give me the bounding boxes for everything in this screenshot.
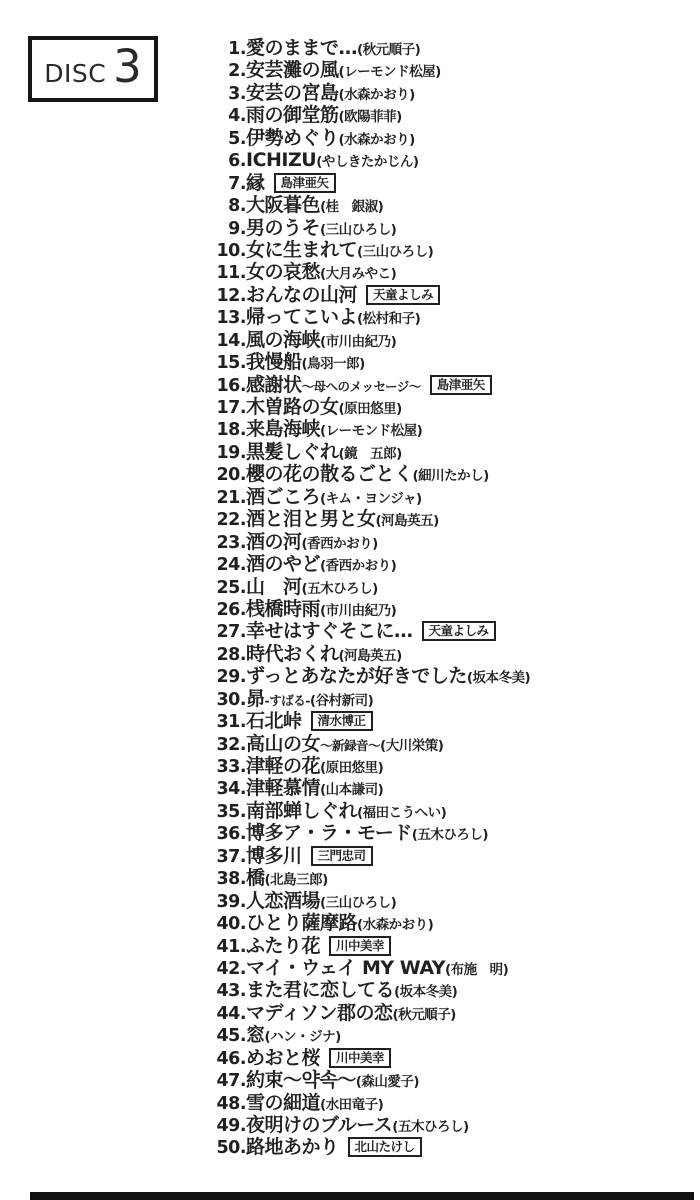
track-artist: (水森かおり)	[339, 87, 415, 103]
track-title: 路地あかり	[246, 1136, 339, 1158]
track-number: 26.	[203, 599, 246, 621]
track-row: 39.人恋酒場(三山ひろし)	[203, 890, 530, 912]
track-artist-box: 清水博正	[311, 711, 373, 731]
track-row: 22.酒と泪と男と女(河島英五)	[203, 508, 530, 530]
track-number: 2.	[203, 60, 246, 82]
track-artist: (秋元順子)	[392, 1007, 455, 1023]
track-row: 7.縁島津亜矢	[203, 172, 530, 194]
track-artist-box: 三門忠司	[311, 846, 373, 866]
track-number: 33.	[203, 756, 246, 778]
track-row: 15.我慢船(鳥羽一郎)	[203, 351, 530, 373]
track-number: 5.	[203, 128, 246, 150]
track-row: 13.帰ってこいよ(松村和子)	[203, 306, 530, 328]
track-number: 24.	[203, 554, 246, 576]
track-row: 1.愛のままで…(秋元順子)	[203, 37, 530, 59]
disc-number: 3	[113, 49, 142, 86]
track-row: 33.津軽の花(原田悠里)	[203, 755, 530, 777]
track-artist-box: 川中美幸	[329, 1048, 391, 1068]
track-number: 48.	[203, 1093, 246, 1115]
track-row: 9.男のうそ(三山ひろし)	[203, 217, 530, 239]
track-artist: (山本謙司)	[320, 782, 383, 798]
track-artist: (坂本冬美)	[467, 670, 530, 686]
track-row: 48.雪の細道(水田竜子)	[203, 1092, 530, 1114]
track-number: 15.	[203, 352, 246, 374]
track-title: 木曽路の女	[246, 396, 339, 418]
track-number: 36.	[203, 823, 246, 845]
track-row: 45.窓(ハン・ジナ)	[203, 1024, 530, 1046]
track-row: 28.時代おくれ(河島英五)	[203, 643, 530, 665]
track-title: ふたり花	[246, 935, 320, 957]
track-number: 1.	[203, 38, 246, 60]
track-number: 35.	[203, 801, 246, 823]
track-number: 7.	[203, 173, 246, 195]
disc-badge: DISC 3	[28, 36, 158, 102]
track-row: 11.女の哀愁(大月みやこ)	[203, 261, 530, 283]
track-title: 桟橋時雨	[246, 598, 320, 620]
track-number: 31.	[203, 711, 246, 733]
track-title: また君に恋してる	[246, 979, 394, 1001]
track-number: 40.	[203, 913, 246, 935]
track-number: 11.	[203, 262, 246, 284]
track-title: 雪の細道	[246, 1092, 320, 1114]
track-number: 3.	[203, 83, 246, 105]
track-title: 雨の御堂筋	[246, 104, 339, 126]
track-title: 石北峠	[246, 710, 302, 732]
track-row: 35.南部蝉しぐれ(福田こうへい)	[203, 800, 530, 822]
track-row: 14.風の海峡(市川由紀乃)	[203, 329, 530, 351]
track-artist-box: 天童よしみ	[422, 621, 496, 641]
track-number: 46.	[203, 1048, 246, 1070]
bottom-divider-bar	[30, 1192, 694, 1200]
track-title: 黒髪しぐれ	[246, 441, 339, 463]
track-artist-box: 島津亜矢	[430, 375, 492, 395]
track-title: 博多ア・ラ・モード	[246, 822, 412, 844]
track-number: 22.	[203, 509, 246, 531]
track-artist: (原田悠里)	[320, 760, 383, 776]
track-title: ICHIZU	[246, 149, 316, 171]
track-number: 41.	[203, 936, 246, 958]
track-title: 男のうそ	[246, 217, 320, 239]
track-row: 26.桟橋時雨(市川由紀乃)	[203, 598, 530, 620]
track-title: 酒ごころ	[246, 486, 320, 508]
track-artist: (ハン・ジナ)	[265, 1029, 341, 1045]
track-row: 40.ひとり薩摩路(水森かおり)	[203, 912, 530, 934]
track-subtitle: ～母へのメッセージ～	[302, 379, 421, 394]
track-number: 38.	[203, 868, 246, 890]
track-number: 8.	[203, 195, 246, 217]
track-list: 1.愛のままで…(秋元順子)2.安芸灘の風(レーモンド松屋)3.安芸の宮島(水森…	[203, 37, 530, 1159]
track-title: 時代おくれ	[246, 643, 339, 665]
track-title: 安芸灘の風	[246, 59, 339, 81]
track-number: 12.	[203, 285, 246, 307]
track-title: 女に生まれて	[246, 239, 357, 261]
track-row: 16.感謝状～母へのメッセージ～島津亜矢	[203, 374, 530, 396]
track-title: 窓	[246, 1024, 265, 1046]
track-title: 感謝状	[246, 374, 302, 396]
track-number: 44.	[203, 1003, 246, 1025]
track-artist: (河島英五)	[376, 513, 439, 529]
track-number: 42.	[203, 958, 246, 980]
track-artist: (河島英五)	[339, 648, 402, 664]
track-row: 5.伊勢めぐり(水森かおり)	[203, 127, 530, 149]
track-number: 20.	[203, 464, 246, 486]
track-artist-box: 北山たけし	[348, 1137, 422, 1157]
track-title: 帰ってこいよ	[246, 306, 357, 328]
track-row: 19.黒髪しぐれ(鏡 五郎)	[203, 441, 530, 463]
cd-booklet-page: DISC 3 1.愛のままで…(秋元順子)2.安芸灘の風(レーモンド松屋)3.安…	[0, 0, 700, 1200]
track-number: 43.	[203, 980, 246, 1002]
track-artist: (欧陽菲菲)	[339, 109, 402, 125]
track-number: 27.	[203, 621, 246, 643]
track-artist: (水森かおり)	[339, 132, 415, 148]
track-number: 39.	[203, 891, 246, 913]
track-artist: (水森かおり)	[357, 917, 433, 933]
track-number: 10.	[203, 240, 246, 262]
track-row: 17.木曽路の女(原田悠里)	[203, 396, 530, 418]
track-artist: (細川たかし)	[413, 468, 489, 484]
track-row: 25.山 河(五木ひろし)	[203, 576, 530, 598]
track-artist: (原田悠里)	[339, 401, 402, 417]
track-row: 46.めおと桜川中美幸	[203, 1047, 530, 1069]
track-row: 8.大阪暮色(桂 銀淑)	[203, 194, 530, 216]
track-row: 27.幸せはすぐそこに…天童よしみ	[203, 620, 530, 642]
track-artist-box: 川中美幸	[329, 936, 391, 956]
track-title: 幸せはすぐそこに…	[246, 620, 413, 642]
track-row: 44.マディソン郡の恋(秋元順子)	[203, 1002, 530, 1024]
track-row: 20.櫻の花の散るごとく(細川たかし)	[203, 463, 530, 485]
track-artist: (市川由紀乃)	[320, 334, 396, 350]
track-row: 21.酒ごころ(キム・ヨンジャ)	[203, 486, 530, 508]
track-artist: (福田こうへい)	[357, 805, 446, 821]
track-number: 45.	[203, 1025, 246, 1047]
track-title: 津軽の花	[246, 755, 320, 777]
track-row: 24.酒のやど(香西かおり)	[203, 553, 530, 575]
track-number: 23.	[203, 532, 246, 554]
track-subtitle: -すばる-	[265, 693, 310, 708]
track-artist: (レーモンド松屋)	[339, 64, 441, 80]
track-artist: (坂本冬美)	[394, 984, 457, 1000]
track-title: 伊勢めぐり	[246, 127, 339, 149]
track-number: 30.	[203, 689, 246, 711]
track-row: 36.博多ア・ラ・モード(五木ひろし)	[203, 822, 530, 844]
track-title: 酒の河	[246, 531, 302, 553]
track-title: マイ・ウェイ MY WAY	[246, 957, 445, 979]
track-subtitle: ～新録音～	[320, 738, 380, 753]
track-artist: (大月みやこ)	[320, 266, 396, 282]
track-number: 34.	[203, 778, 246, 800]
track-number: 29.	[203, 666, 246, 688]
track-title: 橋	[246, 867, 265, 889]
track-row: 3.安芸の宮島(水森かおり)	[203, 82, 530, 104]
track-artist: (五木ひろし)	[392, 1119, 468, 1135]
track-title: 酒のやど	[246, 553, 320, 575]
track-number: 9.	[203, 218, 246, 240]
track-row: 10.女に生まれて(三山ひろし)	[203, 239, 530, 261]
track-title: 約束～약속～	[246, 1069, 356, 1091]
track-number: 32.	[203, 734, 246, 756]
track-row: 43.また君に恋してる(坂本冬美)	[203, 979, 530, 1001]
track-title: 来島海峡	[246, 418, 320, 440]
track-title: 高山の女	[246, 733, 320, 755]
track-artist: (鳥羽一郎)	[302, 356, 365, 372]
track-artist: (三山ひろし)	[320, 895, 396, 911]
track-row: 47.約束～약속～(森山愛子)	[203, 1069, 530, 1091]
track-number: 49.	[203, 1115, 246, 1137]
track-artist: (市川由紀乃)	[320, 603, 396, 619]
track-title: 大阪暮色	[246, 194, 320, 216]
track-row: 49.夜明けのブルース(五木ひろし)	[203, 1114, 530, 1136]
track-row: 41.ふたり花川中美幸	[203, 935, 530, 957]
track-row: 4.雨の御堂筋(欧陽菲菲)	[203, 104, 530, 126]
track-row: 32.高山の女～新録音～(大川栄策)	[203, 733, 530, 755]
track-title: 我慢船	[246, 351, 302, 373]
track-artist: (五木ひろし)	[302, 581, 378, 597]
track-row: 29.ずっとあなたが好きでした(坂本冬美)	[203, 665, 530, 687]
track-number: 6.	[203, 150, 246, 172]
track-row: 42.マイ・ウェイ MY WAY(布施 明)	[203, 957, 530, 979]
track-artist: (北島三郎)	[265, 872, 328, 888]
track-number: 14.	[203, 330, 246, 352]
track-title: めおと桜	[246, 1047, 320, 1069]
track-title: 酒と泪と男と女	[246, 508, 376, 530]
track-number: 21.	[203, 487, 246, 509]
track-row: 30.昴-すばる-(谷村新司)	[203, 688, 530, 710]
track-artist: (やしきたかじん)	[316, 154, 418, 170]
disc-label: DISC	[44, 61, 106, 86]
track-artist: (三山ひろし)	[357, 244, 433, 260]
track-artist: (谷村新司)	[310, 693, 373, 709]
track-number: 37.	[203, 846, 246, 868]
track-title: 風の海峡	[246, 329, 320, 351]
track-artist: (三山ひろし)	[320, 222, 396, 238]
track-number: 19.	[203, 442, 246, 464]
track-title: 山 河	[246, 576, 302, 598]
track-row: 18.来島海峡(レーモンド松屋)	[203, 418, 530, 440]
track-row: 37.博多川三門忠司	[203, 845, 530, 867]
track-number: 13.	[203, 307, 246, 329]
track-artist: (松村和子)	[357, 311, 420, 327]
track-artist-box: 島津亜矢	[274, 173, 336, 193]
track-artist: (桂 銀淑)	[320, 199, 383, 215]
track-row: 31.石北峠清水博正	[203, 710, 530, 732]
track-title: マディソン郡の恋	[246, 1002, 392, 1024]
track-artist: (大川栄策)	[380, 738, 443, 754]
track-artist-box: 天童よしみ	[366, 285, 440, 305]
track-number: 18.	[203, 419, 246, 441]
track-row: 6.ICHIZU(やしきたかじん)	[203, 149, 530, 171]
track-artist: (鏡 五郎)	[339, 446, 402, 462]
track-number: 16.	[203, 375, 246, 397]
track-title: 愛のままで…	[246, 37, 357, 59]
track-number: 28.	[203, 644, 246, 666]
track-row: 2.安芸灘の風(レーモンド松屋)	[203, 59, 530, 81]
track-title: 博多川	[246, 845, 302, 867]
track-artist: (香西かおり)	[302, 536, 378, 552]
track-row: 50.路地あかり北山たけし	[203, 1136, 530, 1158]
track-row: 12.おんなの山河天童よしみ	[203, 284, 530, 306]
track-title: 津軽慕情	[246, 777, 320, 799]
track-number: 4.	[203, 105, 246, 127]
track-number: 17.	[203, 397, 246, 419]
track-artist: (レーモンド松屋)	[320, 423, 422, 439]
track-title: おんなの山河	[246, 284, 357, 306]
track-artist: (秋元順子)	[357, 42, 420, 58]
track-artist: (五木ひろし)	[412, 827, 488, 843]
track-artist: (布施 明)	[445, 962, 508, 978]
track-number: 47.	[203, 1070, 246, 1092]
track-row: 34.津軽慕情(山本謙司)	[203, 777, 530, 799]
track-title: 人恋酒場	[246, 890, 320, 912]
track-title: ひとり薩摩路	[246, 912, 357, 934]
track-artist: (森山愛子)	[356, 1074, 419, 1090]
track-artist: (キム・ヨンジャ)	[320, 491, 422, 507]
track-title: 縁	[246, 172, 265, 194]
track-artist: (香西かおり)	[320, 558, 396, 574]
track-number: 50.	[203, 1137, 246, 1159]
track-row: 23.酒の河(香西かおり)	[203, 531, 530, 553]
track-title: ずっとあなたが好きでした	[246, 665, 467, 687]
track-title: 夜明けのブルース	[246, 1114, 392, 1136]
track-title: 昴	[246, 688, 265, 710]
track-title: 南部蝉しぐれ	[246, 800, 357, 822]
track-title: 安芸の宮島	[246, 82, 339, 104]
track-row: 38.橋(北島三郎)	[203, 867, 530, 889]
track-title: 櫻の花の散るごとく	[246, 463, 413, 485]
track-title: 女の哀愁	[246, 261, 320, 283]
track-number: 25.	[203, 577, 246, 599]
track-artist: (水田竜子)	[320, 1097, 383, 1113]
